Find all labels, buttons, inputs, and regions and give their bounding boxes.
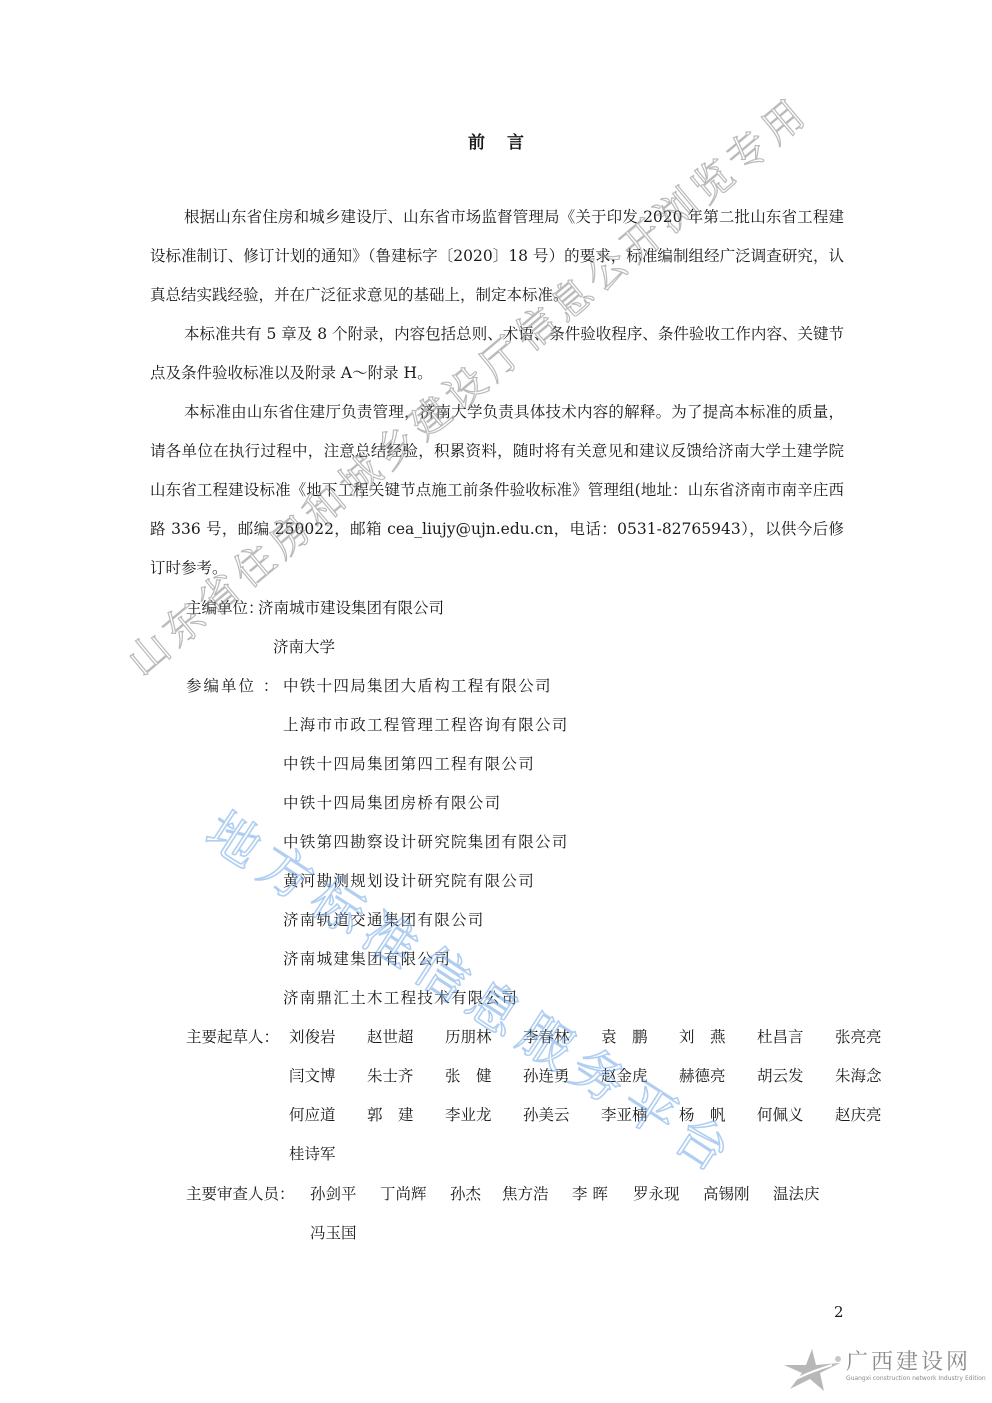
drafters-label: 主要起草人： xyxy=(186,1027,279,1047)
drafter-name: 孙美云 xyxy=(523,1105,601,1125)
participating-unit: 中铁第四勘察设计研究院集团有限公司 xyxy=(283,832,569,852)
drafters-row: 闫文博 朱士齐 张 健 孙连勇 赵金虎 赫德亮 胡云发 朱海念 xyxy=(289,1066,913,1086)
drafter-name: 孙连勇 xyxy=(523,1066,601,1086)
participating-unit: 中铁十四局集团第四工程有限公司 xyxy=(283,754,535,774)
drafter-name: 赵世超 xyxy=(367,1027,445,1047)
site-logo: 广西建设网 Guangxi construction network Indus… xyxy=(782,1345,982,1395)
drafter-name: 李亚楠 xyxy=(601,1105,679,1125)
reviewer-name: 罗永现 xyxy=(633,1184,703,1204)
reviewer-name: 冯玉国 xyxy=(310,1223,388,1243)
drafter-name: 张亮亮 xyxy=(835,1027,913,1047)
drafter-name: 李业龙 xyxy=(445,1105,523,1125)
reviewer-name: 李 晖 xyxy=(572,1184,633,1204)
drafter-name: 桂诗军 xyxy=(289,1144,367,1164)
logo-title: 广西建设网 xyxy=(846,1345,971,1376)
participating-unit: 济南鼎汇土木工程技术有限公司 xyxy=(283,988,518,1008)
drafter-name: 杜昌言 xyxy=(757,1027,835,1047)
participating-unit: 中铁十四局集团房桥有限公司 xyxy=(283,793,501,813)
paragraph-1: 根据山东省住房和城乡建设厅、山东省市场监督管理局《关于印发 2020 年第二批山… xyxy=(150,198,844,315)
drafter-name: 李春林 xyxy=(523,1027,601,1047)
drafter-name: 袁 鹏 xyxy=(601,1027,679,1047)
reviewer-name: 温法庆 xyxy=(773,1184,843,1204)
drafter-name: 闫文博 xyxy=(289,1066,367,1086)
reviewer-name: 焦方浩 xyxy=(502,1184,572,1204)
page-title: 前言 xyxy=(0,128,992,153)
chief-units-label: 主编单位： xyxy=(186,598,264,618)
drafter-name: 朱海念 xyxy=(835,1066,913,1086)
participating-unit: 上海市市政工程管理工程咨询有限公司 xyxy=(283,715,569,735)
drafter-name: 朱士齐 xyxy=(367,1066,445,1086)
chief-unit: 济南城市建设集团有限公司 xyxy=(258,598,444,618)
drafter-name: 赵庆亮 xyxy=(835,1105,913,1125)
drafter-name: 赵金虎 xyxy=(601,1066,679,1086)
participating-unit: 黄河勘测规划设计研究院有限公司 xyxy=(283,871,535,891)
drafter-name: 刘 燕 xyxy=(679,1027,757,1047)
participating-units-label: 参编单位 ： xyxy=(186,676,280,696)
document-page: 前言 根据山东省住房和城乡建设厅、山东省市场监督管理局《关于印发 2020 年第… xyxy=(0,0,992,1403)
paragraph-2: 本标准共有 5 章及 8 个附录，内容包括总则、术语、条件验收程序、条件验收工作… xyxy=(150,315,844,393)
reviewers-row: 冯玉国 xyxy=(310,1223,388,1243)
reviewers-label: 主要审查人员： xyxy=(186,1184,295,1204)
participating-unit: 济南城建集团有限公司 xyxy=(283,949,451,969)
reviewer-name: 孙杰 xyxy=(450,1184,502,1204)
reviewer-name: 丁尚辉 xyxy=(380,1184,450,1204)
drafter-name: 何佩义 xyxy=(757,1105,835,1125)
drafter-name: 赫德亮 xyxy=(679,1066,757,1086)
drafter-name: 胡云发 xyxy=(757,1066,835,1086)
drafter-name: 历朋林 xyxy=(445,1027,523,1047)
drafter-name: 杨 帆 xyxy=(679,1105,757,1125)
drafter-name: 何应道 xyxy=(289,1105,367,1125)
drafter-name: 郭 建 xyxy=(367,1105,445,1125)
participating-unit: 济南轨道交通集团有限公司 xyxy=(283,910,485,930)
drafters-row: 桂诗军 xyxy=(289,1144,367,1164)
drafter-name: 张 健 xyxy=(445,1066,523,1086)
drafters-row: 何应道 郭 建 李业龙 孙美云 李亚楠 杨 帆 何佩义 赵庆亮 xyxy=(289,1105,913,1125)
reviewer-name: 高锡刚 xyxy=(703,1184,773,1204)
chief-unit: 济南大学 xyxy=(273,637,335,657)
reviewers-row: 孙剑平 丁尚辉 孙杰 焦方浩 李 晖 罗永现 高锡刚 温法庆 xyxy=(310,1184,843,1204)
participating-unit: 中铁十四局集团大盾构工程有限公司 xyxy=(283,676,552,696)
page-number: 2 xyxy=(834,1303,844,1321)
star-logo-icon xyxy=(782,1345,844,1393)
reviewer-name: 孙剑平 xyxy=(310,1184,380,1204)
drafters-row: 刘俊岩 赵世超 历朋林 李春林 袁 鹏 刘 燕 杜昌言 张亮亮 xyxy=(289,1027,913,1047)
logo-subtitle: Guangxi construction network Industry Ed… xyxy=(846,1375,986,1382)
drafter-name: 刘俊岩 xyxy=(289,1027,367,1047)
paragraph-3: 本标准由山东省住建厅负责管理，济南大学负责具体技术内容的解释。为了提高本标准的质… xyxy=(150,393,844,588)
